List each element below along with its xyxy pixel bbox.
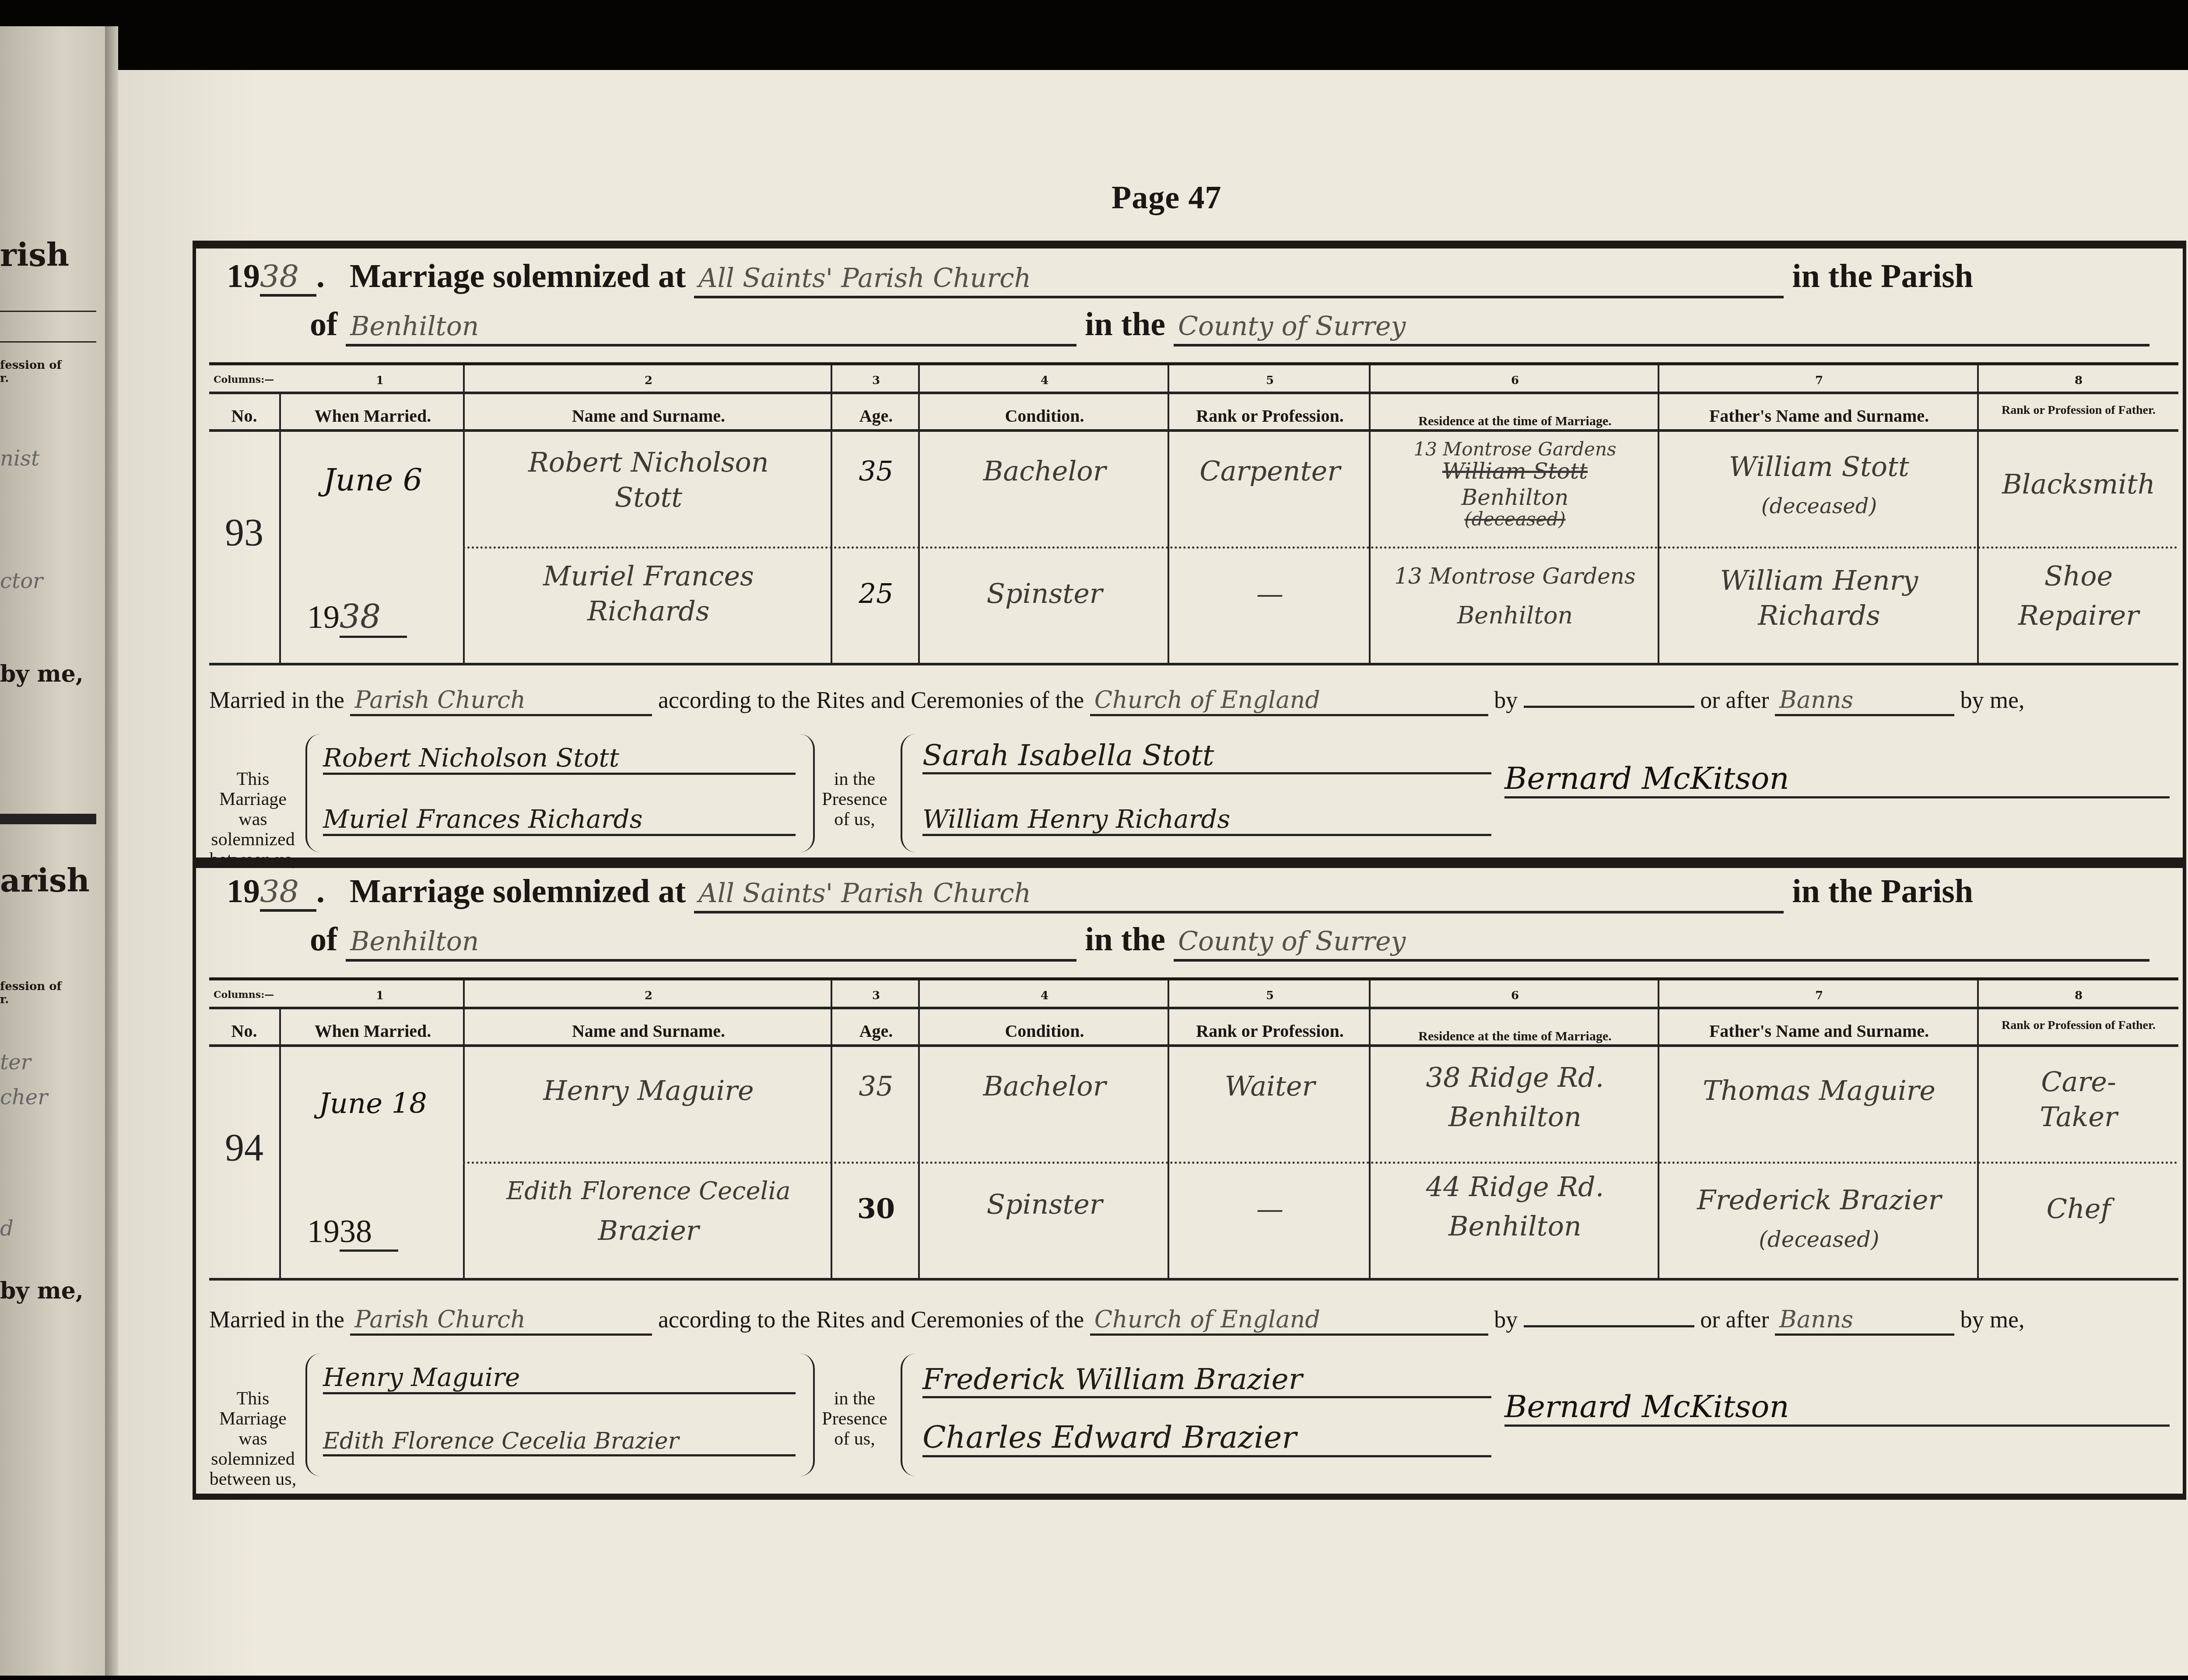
- groom-condition: Bachelor: [920, 1069, 1169, 1104]
- bride-residence-line2: Benhilton: [1371, 1209, 1659, 1244]
- entry-heading: 1938. Marriage solemnized at All Saints'…: [227, 257, 2183, 298]
- label-solemnized-between: This Marriage was solemnized between us,: [209, 769, 297, 870]
- header-name: Name and Surname.: [465, 407, 832, 425]
- divider: [0, 311, 96, 312]
- bride-father-status: (deceased): [1659, 1222, 1979, 1257]
- book-gutter: [105, 26, 118, 1676]
- officiant-signature: Bernard McKitson: [1504, 760, 2170, 798]
- signature-block: This Marriage was solemnized between us,…: [209, 1354, 2178, 1480]
- bride-name: Muriel Frances: [465, 559, 832, 594]
- groom-residence: 38 Ridge Rd.: [1371, 1060, 1659, 1095]
- left-page-handwriting: nist: [0, 446, 39, 471]
- column-number: 6: [1371, 374, 1659, 387]
- header-cell: Rank or Profession.: [1168, 394, 1371, 429]
- header-cell: Rank or Profession.: [1168, 1009, 1371, 1044]
- column-number-row: Columns:— 1 2 3 4 5 6 7 8: [209, 365, 2178, 392]
- bride-residence: 44 Ridge Rd.: [1371, 1169, 1659, 1204]
- bride-condition: Spinster: [920, 576, 1169, 611]
- label-by: by: [1494, 1306, 1518, 1333]
- divider: [209, 663, 2178, 665]
- brace: [800, 734, 815, 852]
- date-year-prefix: 19: [307, 1214, 340, 1249]
- column-number-cell: 3: [831, 980, 920, 1007]
- column-number: 1: [297, 374, 463, 387]
- cell-when-married: June 18 1938: [279, 1047, 465, 1278]
- bride-name: Edith Florence Cecelia: [465, 1174, 832, 1209]
- date-year-prefix: 19: [307, 599, 340, 635]
- witness-2-signature: William Henry Richards: [922, 804, 1491, 836]
- date-year-suffix: 38: [340, 598, 407, 638]
- label-according-to: according to the Rites and Ceremonies of…: [658, 687, 1084, 713]
- divider: [0, 814, 96, 824]
- label-in-presence: in the Presence of us,: [817, 769, 892, 829]
- church-field: All Saints' Parish Church: [694, 876, 1784, 913]
- header-rank: Rank or Profession.: [1169, 407, 1371, 425]
- marriage-date: June 18: [281, 1086, 465, 1121]
- header-residence: Residence at the time of Marriage.: [1371, 1028, 1659, 1045]
- column-number: 4: [920, 989, 1169, 1002]
- left-page-fragment: by me,: [0, 1277, 84, 1304]
- label-or-after: or after: [1700, 1306, 1769, 1333]
- label-by-me: by me,: [1960, 1306, 2025, 1333]
- column-number-cell: 7: [1658, 365, 1979, 392]
- header-cell: No.: [209, 1009, 279, 1044]
- label-in-the-parish: in the Parish: [1792, 873, 1973, 910]
- groom-father-name: William Stott: [1659, 449, 1979, 484]
- column-number-cell: Columns:— 1: [209, 365, 463, 392]
- married-in-field: Parish Church: [350, 686, 652, 716]
- left-page-fragment: rish: [0, 236, 69, 273]
- bride-age: 25: [832, 576, 920, 611]
- bride-surname: Richards: [465, 594, 832, 629]
- signature-block: This Marriage was solemnized between us,…: [209, 734, 2178, 857]
- bride-father-name: William Henry: [1659, 563, 1979, 598]
- groom-residence-line2: Benhilton: [1371, 1099, 1659, 1134]
- column-number: 2: [465, 374, 832, 387]
- by-field: [1524, 1325, 1694, 1327]
- column-number: 5: [1169, 989, 1371, 1002]
- header-name: Name and Surname.: [465, 1022, 832, 1040]
- label-married-in: Married in the: [209, 687, 344, 713]
- column-number: 7: [1659, 989, 1979, 1002]
- header-when-married: When Married.: [281, 1022, 465, 1040]
- label-in-the: in the: [1085, 306, 1165, 343]
- year-prefix: 19: [227, 258, 260, 294]
- header-father-rank: Rank or Profession of Father.: [1979, 1019, 2178, 1032]
- left-page-handwriting: ter: [0, 1050, 31, 1074]
- left-page-fragment: fession of: [0, 980, 62, 993]
- header-age: Age.: [832, 1022, 920, 1040]
- divider: [0, 341, 96, 343]
- label-of: of: [310, 306, 337, 343]
- groom-father-rank-line2: Taker: [1979, 1099, 2178, 1134]
- label-by-me: by me,: [1960, 687, 2025, 713]
- column-number: 1: [297, 989, 463, 1002]
- label-married-in: Married in the: [209, 1306, 344, 1333]
- rites-field: Church of England: [1090, 686, 1488, 716]
- groom-signature: Henry Maguire: [323, 1362, 796, 1394]
- label-solemnized-between: This Marriage was solemnized between us,: [209, 1389, 297, 1489]
- entry-table: Columns:— 1 2 3 4 5 6 7 8 No. When Marri…: [209, 362, 2178, 663]
- label-in-presence: in the Presence of us,: [817, 1389, 892, 1449]
- witness-1-signature: Sarah Isabella Stott: [922, 738, 1491, 774]
- entry-subheading: of Benhilton in the County of Surrey: [310, 920, 2183, 962]
- bride-signature: Edith Florence Cecelia Brazier: [323, 1428, 796, 1456]
- brace: [800, 1354, 815, 1476]
- label-of: of: [310, 921, 337, 958]
- label-solemnized: Marriage solemnized at: [350, 258, 686, 294]
- bride-age: 30: [832, 1191, 920, 1226]
- bride-father-rank: Shoe: [1979, 559, 2178, 594]
- column-number-cell: 3: [831, 365, 920, 392]
- groom-residence-struck2: (deceased): [1371, 502, 1659, 537]
- groom-father-rank: Care-: [1979, 1064, 2178, 1099]
- left-page-fragment: r.: [0, 993, 9, 1006]
- column-number-cell: 4: [918, 365, 1169, 392]
- label-solemnized: Marriage solemnized at: [350, 873, 686, 910]
- header-condition: Condition.: [920, 1022, 1169, 1040]
- married-in-line: Married in the Parish Church according t…: [209, 686, 2178, 716]
- column-number-cell: 6: [1369, 980, 1659, 1007]
- marriage-date: June 6: [281, 462, 465, 497]
- column-number: 8: [1979, 374, 2178, 387]
- groom-name: Robert Nicholson: [465, 445, 832, 480]
- brace: [305, 734, 320, 852]
- witness-1-signature: Frederick William Brazier: [922, 1362, 1491, 1398]
- witness-2-signature: Charles Edward Brazier: [922, 1419, 1491, 1457]
- cell-no: 94: [209, 1047, 279, 1278]
- groom-father-status: (deceased): [1659, 489, 1979, 524]
- columns-label: Columns:—: [214, 374, 274, 385]
- header-no: No.: [209, 407, 279, 425]
- bride-signature: Muriel Frances Richards: [323, 804, 796, 836]
- entry-data-rows: 94 June 18 1938 Henry Maguire Edith Flor…: [209, 1047, 2178, 1278]
- column-header-row: No. When Married. Name and Surname. Age.…: [209, 394, 2178, 429]
- year-suffix: 38: [260, 874, 316, 912]
- groom-name: Henry Maguire: [465, 1073, 832, 1108]
- header-cell: When Married.: [279, 1009, 465, 1044]
- county-field: County of Surrey: [1174, 309, 2149, 346]
- left-page-fragment: fession of: [0, 359, 62, 372]
- column-number: 8: [1979, 989, 2178, 1002]
- entry-number: 93: [209, 511, 279, 555]
- header-cell: Rank or Profession of Father.: [1977, 394, 2178, 429]
- previous-page-edge: rish fession of r. nist ctor by me, aris…: [0, 26, 108, 1676]
- column-number: 2: [465, 989, 832, 1002]
- column-number-cell: 6: [1369, 365, 1659, 392]
- groom-father-name: Thomas Maguire: [1659, 1073, 1979, 1108]
- entry-heading: 1938. Marriage solemnized at All Saints'…: [227, 872, 2183, 913]
- after-field: Banns: [1775, 1305, 1954, 1336]
- bride-rank: —: [1169, 1191, 1371, 1226]
- date-year-suffix: 38: [340, 1214, 398, 1252]
- divider: [463, 1162, 2178, 1164]
- divider: [463, 546, 2178, 549]
- bride-condition: Spinster: [920, 1187, 1169, 1222]
- by-field: [1524, 706, 1694, 708]
- header-cell: Father's Name and Surname.: [1658, 1009, 1979, 1044]
- header-cell: Residence at the time of Marriage.: [1369, 394, 1659, 429]
- entry-table: Columns:— 1 2 3 4 5 6 7 8 No. When Marri…: [209, 977, 2178, 1278]
- left-page-fragment: arish: [0, 862, 90, 899]
- column-number: 7: [1659, 374, 1979, 387]
- groom-age: 35: [832, 454, 920, 489]
- groom-father-rank: Blacksmith: [1979, 467, 2178, 502]
- header-cell: Rank or Profession of Father.: [1977, 1009, 2178, 1044]
- header-cell: Father's Name and Surname.: [1658, 394, 1979, 429]
- left-page-fragment: r.: [0, 372, 9, 385]
- bride-rank: —: [1169, 576, 1371, 611]
- column-number: 5: [1169, 374, 1371, 387]
- header-cell: Residence at the time of Marriage.: [1369, 1009, 1659, 1044]
- column-header-row: No. When Married. Name and Surname. Age.…: [209, 1009, 2178, 1044]
- header-residence: Residence at the time of Marriage.: [1371, 413, 1659, 430]
- parish-field: Benhilton: [346, 924, 1076, 962]
- church-field: All Saints' Parish Church: [694, 261, 1784, 298]
- marriage-entry-93: 1938. Marriage solemnized at All Saints'…: [193, 241, 2186, 865]
- cell-no: 93: [209, 432, 279, 663]
- bride-residence-line2: Benhilton: [1371, 598, 1659, 633]
- year-prefix: 19: [227, 873, 260, 910]
- groom-age: 35: [832, 1069, 920, 1104]
- bride-surname: Brazier: [465, 1213, 832, 1248]
- brace: [305, 1354, 320, 1476]
- label-in-the-parish: in the Parish: [1792, 258, 1973, 294]
- marriage-entry-94: 1938. Marriage solemnized at All Saints'…: [193, 857, 2186, 1500]
- header-cell: Name and Surname.: [463, 1009, 832, 1044]
- married-in-field: Parish Church: [350, 1305, 652, 1336]
- column-number-cell: Columns:— 1: [209, 980, 463, 1007]
- year-suffix: 38: [260, 259, 316, 297]
- column-number-cell: 4: [918, 980, 1169, 1007]
- header-cell: No.: [209, 394, 279, 429]
- column-number: 4: [920, 374, 1169, 387]
- column-number: 6: [1371, 989, 1659, 1002]
- column-number: 3: [832, 989, 920, 1002]
- rites-field: Church of England: [1090, 1305, 1488, 1336]
- header-father-name: Father's Name and Surname.: [1659, 407, 1979, 425]
- header-cell: Condition.: [918, 1009, 1169, 1044]
- column-number-cell: 8: [1977, 365, 2178, 392]
- cell-when-married: June 6 1938: [279, 432, 465, 663]
- entry-number: 94: [209, 1126, 279, 1170]
- label-by: by: [1494, 687, 1518, 713]
- groom-rank: Waiter: [1169, 1069, 1371, 1104]
- married-in-line: Married in the Parish Church according t…: [209, 1305, 2178, 1336]
- left-page-handwriting: ctor: [0, 569, 43, 593]
- column-number-cell: 7: [1658, 980, 1979, 1007]
- groom-rank: Carpenter: [1169, 454, 1371, 489]
- bride-father-name: Frederick Brazier: [1659, 1183, 1979, 1218]
- column-number-cell: 2: [463, 980, 832, 1007]
- header-cell: Age.: [831, 394, 920, 429]
- header-no: No.: [209, 1022, 279, 1040]
- brace: [901, 734, 915, 852]
- entry-data-rows: 93 June 6 1938 Robert Nicholson Stott Mu…: [209, 432, 2178, 663]
- column-number-cell: 5: [1168, 365, 1371, 392]
- header-cell: Condition.: [918, 394, 1169, 429]
- header-cell: When Married.: [279, 394, 465, 429]
- column-number-cell: 5: [1168, 980, 1371, 1007]
- groom-signature: Robert Nicholson Stott: [323, 743, 796, 775]
- header-condition: Condition.: [920, 407, 1169, 425]
- header-cell: Name and Surname.: [463, 394, 832, 429]
- register-page: Page 47 Any Correctional Notes must be w…: [118, 70, 2188, 1676]
- column-number: 3: [832, 374, 920, 387]
- bride-father-surname: Richards: [1659, 598, 1979, 633]
- left-page-handwriting: cher: [0, 1085, 48, 1109]
- column-number-row: Columns:— 1 2 3 4 5 6 7 8: [209, 980, 2178, 1007]
- header-when-married: When Married.: [281, 407, 465, 425]
- divider: [209, 1278, 2178, 1281]
- officiant-signature: Bernard McKitson: [1504, 1389, 2170, 1427]
- columns-label: Columns:—: [214, 989, 274, 1001]
- column-number-cell: 2: [463, 365, 832, 392]
- label-in-the: in the: [1085, 921, 1165, 958]
- left-page-handwriting: d: [0, 1216, 14, 1241]
- label-or-after: or after: [1700, 687, 1769, 713]
- after-field: Banns: [1775, 686, 1954, 716]
- county-field: County of Surrey: [1174, 924, 2149, 962]
- header-father-name: Father's Name and Surname.: [1659, 1022, 1979, 1040]
- label-according-to: according to the Rites and Ceremonies of…: [658, 1306, 1084, 1333]
- parish-field: Benhilton: [346, 309, 1076, 346]
- brace: [901, 1354, 915, 1476]
- header-father-rank: Rank or Profession of Father.: [1979, 404, 2178, 417]
- page-title: Page 47: [1112, 179, 1222, 217]
- groom-condition: Bachelor: [920, 454, 1169, 489]
- bride-father-rank: Chef: [1979, 1191, 2178, 1226]
- left-page-fragment: by me,: [0, 661, 84, 687]
- column-number-cell: 8: [1977, 980, 2178, 1007]
- header-rank: Rank or Profession.: [1169, 1022, 1371, 1040]
- header-age: Age.: [832, 407, 920, 425]
- entry-subheading: of Benhilton in the County of Surrey: [310, 305, 2183, 346]
- groom-surname: Stott: [465, 480, 832, 515]
- bride-father-rank-line2: Repairer: [1979, 598, 2178, 633]
- bride-residence: 13 Montrose Gardens: [1371, 559, 1659, 594]
- header-cell: Age.: [831, 1009, 920, 1044]
